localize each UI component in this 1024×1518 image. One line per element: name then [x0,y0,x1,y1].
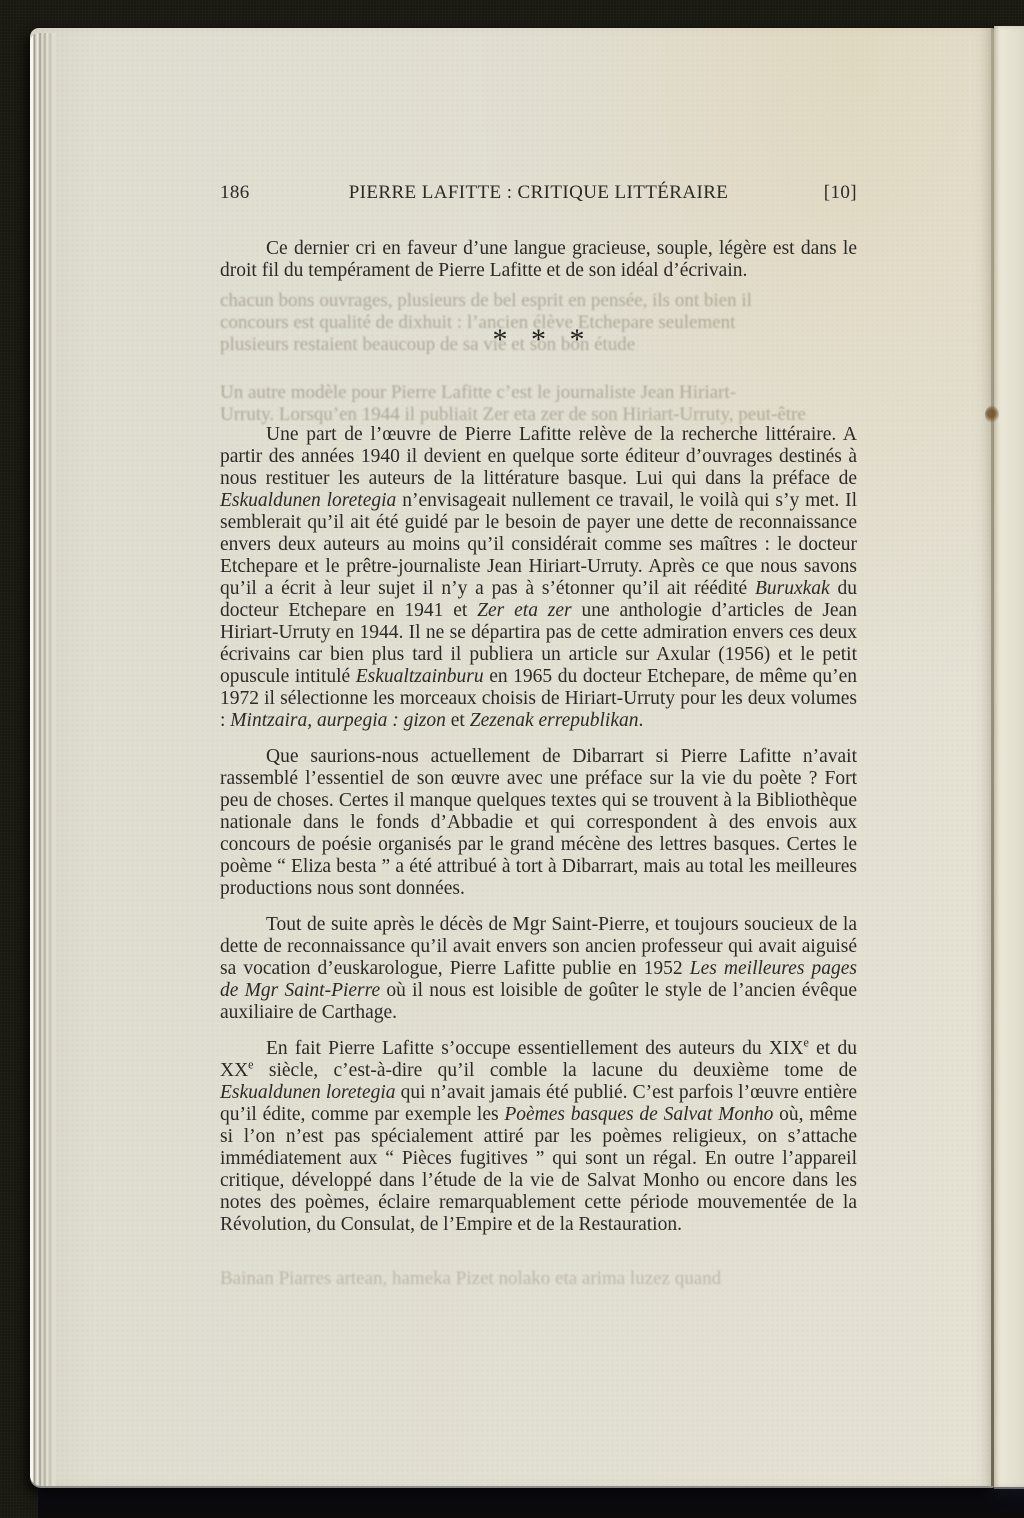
paragraph: En fait Pierre Lafitte s’occupe essentie… [220,1038,857,1236]
page-number: 186 [220,182,250,204]
paragraph: Tout de suite après le décès de Mgr Sain… [220,914,857,1024]
paragraph: Ce dernier cri en faveur d’une langue gr… [220,238,857,282]
foxing-spot [985,406,999,423]
facing-page-sliver [994,26,1024,1487]
running-title: PIERRE LAFITTE : CRITIQUE LITTÉRAIRE [349,182,729,204]
text-block: chacun bons ouvrages, plusieurs de bel e… [220,182,857,1236]
ghost-line: Bainan Piarres artean, hameka Pizet nola… [220,1268,857,1290]
book-bottom-shadow [38,1486,1024,1518]
header-column-ref: [10] [824,182,857,204]
section-separator: * * * [220,318,857,362]
page-header: 186 PIERRE LAFITTE : CRITIQUE LITTÉRAIRE… [220,182,857,204]
ghost-line: Un autre modèle pour Pierre Lafitte c’es… [220,382,857,404]
ghost-line: Urruty. Lorsqu’en 1944 il publiait Zer e… [220,404,857,426]
ghost-line: chacun bons ouvrages, plusieurs de bel e… [220,290,857,312]
ghost-showthrough-text: Un autre modèle pour Pierre Lafitte c’es… [220,382,857,426]
paragraph: Une part de l’œuvre de Pierre Lafitte re… [220,424,857,732]
paragraph: Que saurions-nous actuellement de Dibarr… [220,746,857,900]
ghost-showthrough-text: Bainan Piarres artean, hameka Pizet nola… [220,1268,857,1290]
book-page: chacun bons ouvrages, plusieurs de bel e… [30,28,994,1486]
photo-backdrop: chacun bons ouvrages, plusieurs de bel e… [0,0,1024,1518]
